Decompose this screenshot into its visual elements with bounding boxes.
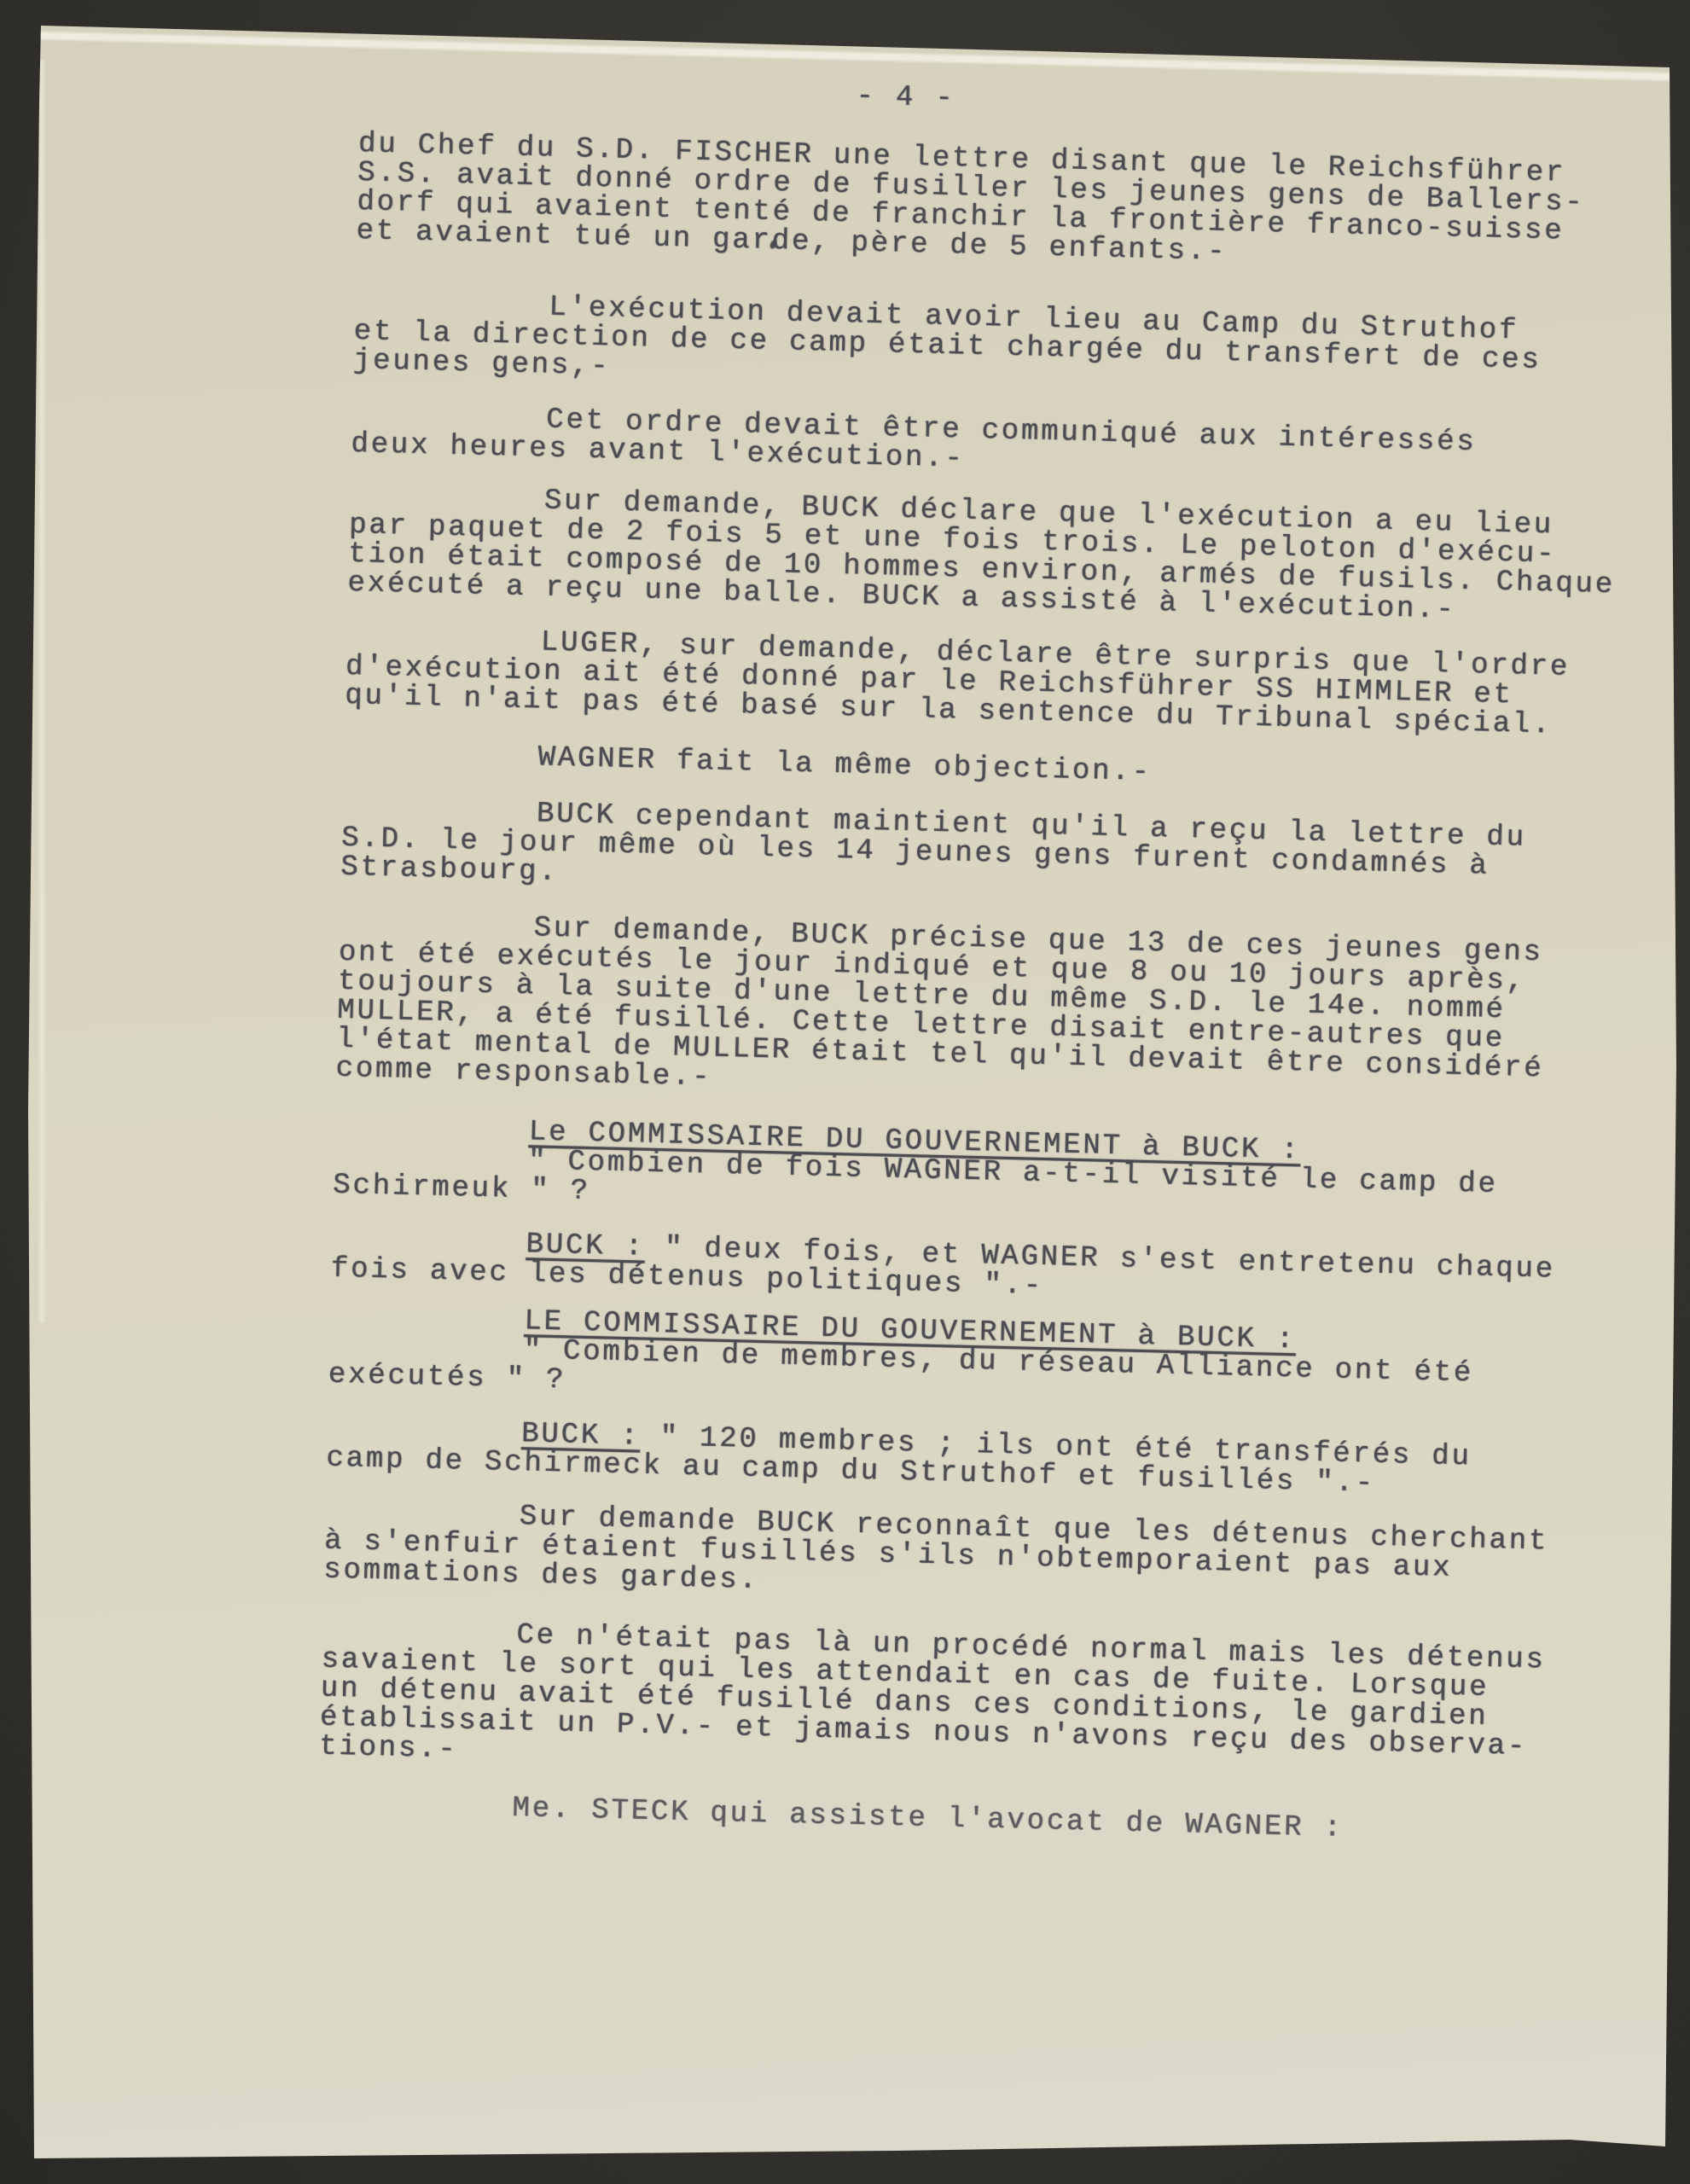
dialogue-answer: BUCK : " deux fois, et WAGNER s'est entr… <box>330 1226 1662 1316</box>
typewritten-text: - 4 - du Chef du S.D. FISCHER une lettre… <box>317 70 1690 1851</box>
paragraph: du Chef du S.D. FISCHER une lettre disan… <box>356 130 1689 278</box>
text-line: Me. STECK qui assiste l'avocat de WAGNER… <box>317 1789 1648 1850</box>
paragraph: Sur demande, BUCK déclare que l'exécutio… <box>347 482 1681 630</box>
paragraph: Sur demande BUCK reconnaît que les déten… <box>323 1498 1656 1618</box>
paragraph: Cet ordre devait être communiqué aux int… <box>351 401 1682 491</box>
text-line: WAGNER fait la même objection.- <box>343 739 1674 800</box>
page-number: - 4 - <box>359 70 1690 131</box>
paragraph: L'exécution devait avoir lieu au Camp du… <box>352 288 1685 408</box>
paragraph: WAGNER fait la même objection.- <box>343 739 1674 800</box>
paper-left-edge-highlight <box>39 60 44 1322</box>
dialogue-answer: BUCK : " 120 membres ; ils ont été trans… <box>326 1415 1658 1506</box>
paragraph: BUCK cependant maintient qu'il a reçu la… <box>340 795 1673 915</box>
document-page: - 4 - du Chef du S.D. FISCHER une lettre… <box>0 0 1690 2184</box>
paragraph: Sur demande, BUCK précise que 13 de ces … <box>335 909 1670 1116</box>
paragraph: Me. STECK qui assiste l'avocat de WAGNER… <box>317 1789 1648 1850</box>
paragraph: Ce n'était pas là un procédé normal mais… <box>319 1616 1653 1793</box>
paragraph: LUGER, sur demande, déclare être surpris… <box>345 624 1677 743</box>
